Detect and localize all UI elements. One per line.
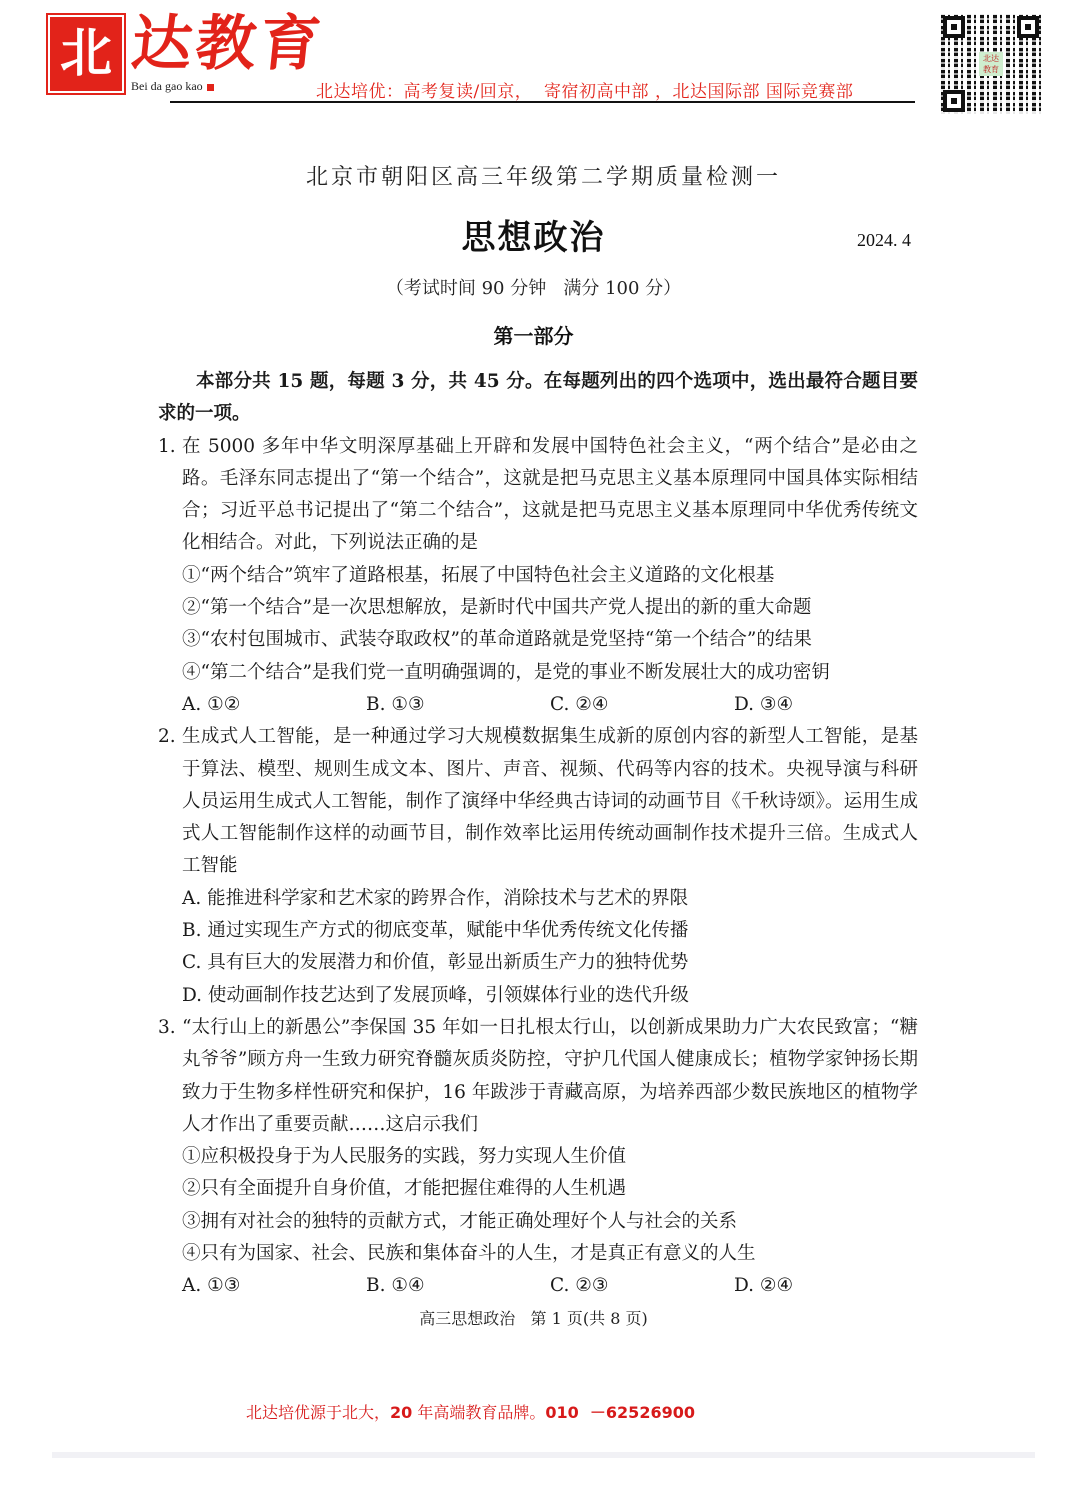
qr-center-logo: 北达 教育: [979, 52, 1003, 76]
logo-subtitle-text: Bei da gao kao: [131, 79, 203, 93]
question-3: 3. “太行山上的新愚公”李保国 35 年如一日扎根太行山，以创新成果助力广大农…: [158, 1012, 918, 1141]
option-d: D. 使动画制作技艺达到了发展顶峰，引领媒体行业的迭代升级: [158, 980, 918, 1012]
question-number: 3.: [158, 1012, 176, 1044]
statement: ③拥有对社会的独特的贡献方式，才能正确处理好个人与社会的关系: [158, 1206, 918, 1238]
promo-years: 20: [390, 1403, 412, 1422]
choice-b: B. ①③: [366, 689, 550, 721]
exam-date: 2024. 4: [857, 230, 911, 251]
statement: ③“农村包围城市、武装夺取政权”的革命道路就是党坚持“第一个结合”的结果: [158, 624, 918, 656]
exam-meta: （考试时间 90 分钟 满分 100 分）: [0, 274, 1067, 300]
exam-content: 本部分共 15 题，每题 3 分，共 45 分。在每题列出的四个选项中，选出最符…: [158, 366, 918, 1303]
option-a: A. 能推进科学家和艺术家的跨界合作，消除技术与艺术的界限: [158, 883, 918, 915]
promo-text-1: 北达培优源于北大，: [246, 1403, 390, 1422]
choice-d: D. ③④: [734, 689, 918, 721]
statement: ④“第二个结合”是我们党一直明确强调的，是党的事业不断发展壮大的成功密钥: [158, 657, 918, 689]
statement: ①应积极投身于为人民服务的实践，努力实现人生价值: [158, 1141, 918, 1173]
statement: ②只有全面提升自身价值，才能把握住难得的人生机遇: [158, 1173, 918, 1205]
promo-phone: 010 －62526900: [545, 1403, 695, 1422]
logo-seal: 北: [50, 17, 122, 91]
qr-code-icon: 北达 教育: [941, 14, 1041, 114]
choice-c: C. ②③: [550, 1270, 734, 1302]
page-number-footer: 高三思想政治 第 1 页(共 8 页): [0, 1306, 1067, 1329]
question-stem: “太行山上的新愚公”李保国 35 年如一日扎根太行山，以创新成果助力广大农民致富…: [182, 1017, 918, 1135]
question-number: 1.: [158, 431, 176, 463]
promo-text-2: 年高端教育品牌。: [412, 1403, 545, 1422]
question-stem: 在 5000 多年中华文明深厚基础上开辟和发展中国特色社会主义，“两个结合”是必…: [182, 436, 918, 554]
section-title: 第一部分: [0, 320, 1067, 349]
statement: ①“两个结合”筑牢了道路根基，拓展了中国特色社会主义道路的文化根基: [158, 560, 918, 592]
header-divider: [170, 101, 915, 103]
choice-a: A. ①③: [182, 1270, 366, 1302]
answer-choices: A. ①② B. ①③ C. ②④ D. ③④: [158, 689, 918, 721]
choice-a: A. ①②: [182, 689, 366, 721]
statement: ④只有为国家、社会、民族和集体奋斗的人生，才是真正有意义的人生: [158, 1238, 918, 1270]
choice-c: C. ②④: [550, 689, 734, 721]
question-number: 2.: [158, 721, 176, 753]
logo-name: 达教育: [129, 14, 327, 74]
qr-center-line2: 教育: [979, 64, 1003, 75]
section-instructions: 本部分共 15 题，每题 3 分，共 45 分。在每题列出的四个选项中，选出最符…: [158, 366, 918, 431]
exam-subtitle: 北京市朝阳区高三年级第二学期质量检测一: [0, 160, 1087, 191]
question-2: 2. 生成式人工智能，是一种通过学习大规模数据集生成新的原创内容的新型人工智能，…: [158, 721, 918, 882]
header-tagline: 北达培优：高考复读/回京， 寄宿初高中部 ，北达国际部 国际竞赛部: [316, 77, 853, 102]
answer-choices: A. ①③ B. ①④ C. ②③ D. ②④: [158, 1270, 918, 1302]
qr-center-line1: 北达: [979, 53, 1003, 64]
statement: ②“第一个结合”是一次思想解放，是新时代中国共产党人提出的新的重大命题: [158, 592, 918, 624]
option-c: C. 具有巨大的发展潜力和价值，彰显出新质生产力的独特优势: [158, 947, 918, 979]
qr-finder-bottom-left: [943, 90, 965, 112]
option-b: B. 通过实现生产方式的彻底变革，赋能中华优秀传统文化传播: [158, 915, 918, 947]
question-1: 1. 在 5000 多年中华文明深厚基础上开辟和发展中国特色社会主义，“两个结合…: [158, 431, 918, 560]
logo-seal-char: 北: [60, 28, 112, 80]
choice-b: B. ①④: [366, 1270, 550, 1302]
bottom-divider: [52, 1452, 1035, 1458]
logo-subtitle: Bei da gao kao: [131, 79, 214, 94]
promo-banner: 北达培优源于北大，20 年高端教育品牌。010 －62526900: [246, 1400, 695, 1423]
square-bullet-icon: [207, 84, 214, 91]
question-stem: 生成式人工智能，是一种通过学习大规模数据集生成新的原创内容的新型人工智能，是基于…: [182, 726, 918, 876]
qr-finder-top-right: [1017, 16, 1039, 38]
qr-finder-top-left: [943, 16, 965, 38]
choice-d: D. ②④: [734, 1270, 918, 1302]
